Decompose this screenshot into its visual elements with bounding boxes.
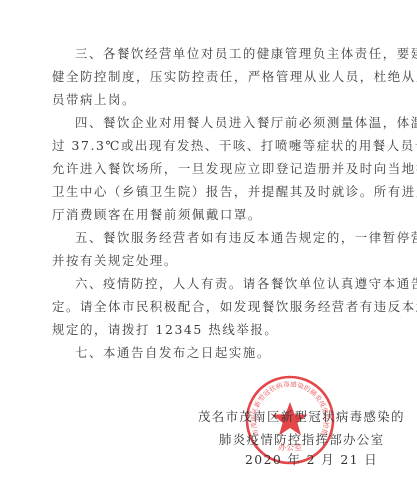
- paragraph-3-line-1: 三、各餐饮经营单位对员工的健康管理负主体责任，要建立: [75, 46, 374, 62]
- paragraph-7-line-1: 七、本通告自发布之日起实施。: [75, 345, 374, 361]
- paragraph-6-line-3: 规定的，请拨打 12345 热线举报。: [52, 322, 374, 338]
- paragraph-3-line-2: 健全防控制度，压实防控责任，严格管理从业人员，杜绝从业人: [52, 69, 374, 85]
- signature-date: 2020 年 2 月 21 日: [245, 452, 378, 468]
- paragraph-4-line-1: 四、餐饮企业对用餐人员进入餐厅前必须测量体温，体温超: [75, 115, 374, 131]
- paragraph-5-line-1: 五、餐饮服务经营者如有违反本通告规定的，一律暂停营业: [75, 230, 374, 246]
- paragraph-4-line-4: 卫生中心（乡镇卫生院）报告，并提醒其及时就诊。所有进入餐: [52, 184, 374, 200]
- signature-org-line-2: 肺炎疫情防控指挥部办公室: [219, 432, 385, 448]
- paragraph-6-line-2: 定。请全体市民积极配合，如发现餐饮服务经营者有违反本通告: [52, 299, 374, 315]
- paragraph-4-line-5: 厅消费顾客在用餐前须佩戴口罩。: [52, 207, 374, 223]
- paragraph-5-line-2: 并按有关规定处理。: [52, 253, 374, 269]
- paragraph-4-line-3: 允许进入餐饮场所，一旦发现应立即登记造册并及时向当地社区: [52, 161, 374, 177]
- paragraph-3-line-3: 员带病上岗。: [52, 92, 374, 108]
- paragraph-4-line-2: 过 37.3℃或出现有发热、干咳、打喷嚏等症状的用餐人员一律不: [52, 138, 374, 154]
- signature-org-line-1: 茂名市茂南区新型冠状病毒感染的: [198, 409, 405, 425]
- document-page: 三、各餐饮经营单位对员工的健康管理负主体责任，要建立 健全防控制度，压实防控责任…: [0, 0, 417, 500]
- paragraph-6-line-1: 六、疫情防控，人人有责。请各餐饮单位认真遵守本通告规: [75, 276, 374, 292]
